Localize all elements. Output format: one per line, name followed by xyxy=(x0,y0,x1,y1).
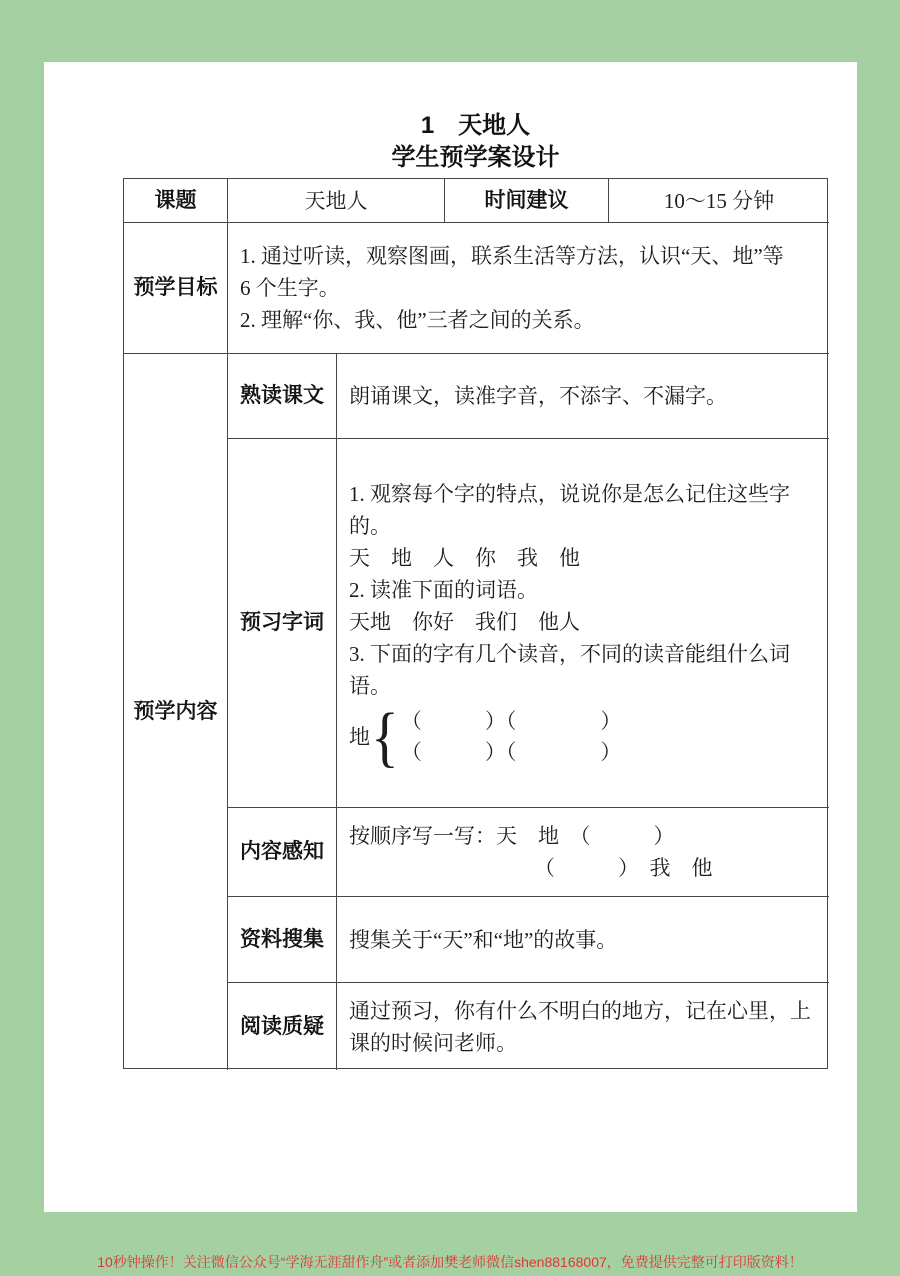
pronunciation-exercise: 地 { （ ）（ ） （ ）（ ） xyxy=(349,706,817,768)
wechat-promo-text: 10秒钟操作！关注微信公众号“学海无涯甜作舟”或者添加樊老师微信shen8816… xyxy=(0,1252,900,1272)
study-plan-table: 课题 天地人 时间建议 10～15 分钟 预学目标 1. 通过听读，观察图画，联… xyxy=(123,178,828,1069)
material-collect-text: 搜集关于“天”和“地”的故事。 xyxy=(337,897,829,983)
preview-words-line: 1. 观察每个字的特点，说说你是怎么记住这些字 xyxy=(349,478,817,510)
goal-line: 1. 通过听读，观察图画，联系生活等方法，认识“天、地”等 xyxy=(240,240,817,272)
topic-value: 天地人 xyxy=(228,179,445,223)
blank-parens-column: （ ）（ ） （ ）（ ） xyxy=(401,706,622,768)
lesson-title: 1 天地人 xyxy=(123,110,828,142)
preview-words-line: 天地 你好 我们 他人 xyxy=(349,606,817,638)
content-section-label: 预学内容 xyxy=(124,354,228,1070)
preview-words-content: 1. 观察每个字的特点，说说你是怎么记住这些字 的。 天 地 人 你 我 他 2… xyxy=(337,439,829,808)
read-aloud-label: 熟读课文 xyxy=(228,354,337,439)
preview-words-label: 预习字词 xyxy=(228,439,337,808)
preview-words-line: 的。 xyxy=(349,510,817,542)
blank-parens-row: （ ）（ ） xyxy=(401,706,622,737)
blank-parens-row: （ ）（ ） xyxy=(401,737,622,768)
reading-question-text: 通过预习，你有什么不明白的地方，记在心里，上课的时候问老师。 xyxy=(337,983,829,1070)
time-suggestion-value: 10～15 分钟 xyxy=(609,179,829,223)
goal-label: 预学目标 xyxy=(124,223,228,354)
preview-words-line: 2. 读准下面的词语。 xyxy=(349,574,817,606)
character-di: 地 xyxy=(349,721,370,753)
goal-content: 1. 通过听读，观察图画，联系生活等方法，认识“天、地”等 6 个生字。 2. … xyxy=(228,223,829,354)
preview-words-line: 天 地 人 你 我 他 xyxy=(349,542,817,574)
doc-subtitle: 学生预学案设计 xyxy=(123,142,828,174)
material-collect-label: 资料搜集 xyxy=(228,897,337,983)
goal-line: 2. 理解“你、我、他”三者之间的关系。 xyxy=(240,304,817,336)
topic-label: 课题 xyxy=(124,179,228,223)
goal-line: 6 个生字。 xyxy=(240,272,817,304)
curly-brace: { xyxy=(371,703,399,772)
content-sense-line: 按顺序写一写：天 地 （ ） xyxy=(349,820,817,852)
content-sense-content: 按顺序写一写：天 地 （ ） （ ） 我 他 xyxy=(337,808,829,897)
preview-words-line: 语。 xyxy=(349,670,817,702)
preview-words-line: 3. 下面的字有几个读音，不同的读音能组什么词 xyxy=(349,638,817,670)
read-aloud-text: 朗诵课文，读准字音，不添字、不漏字。 xyxy=(337,354,829,439)
worksheet-page: 1 天地人 学生预学案设计 课题 天地人 时间建议 10～15 分钟 预学目标 … xyxy=(44,62,857,1212)
time-suggestion-label: 时间建议 xyxy=(445,179,609,223)
content-sense-label: 内容感知 xyxy=(228,808,337,897)
title-block: 1 天地人 学生预学案设计 xyxy=(123,110,828,174)
content-sense-line: （ ） 我 他 xyxy=(349,852,817,884)
reading-question-label: 阅读质疑 xyxy=(228,983,337,1070)
